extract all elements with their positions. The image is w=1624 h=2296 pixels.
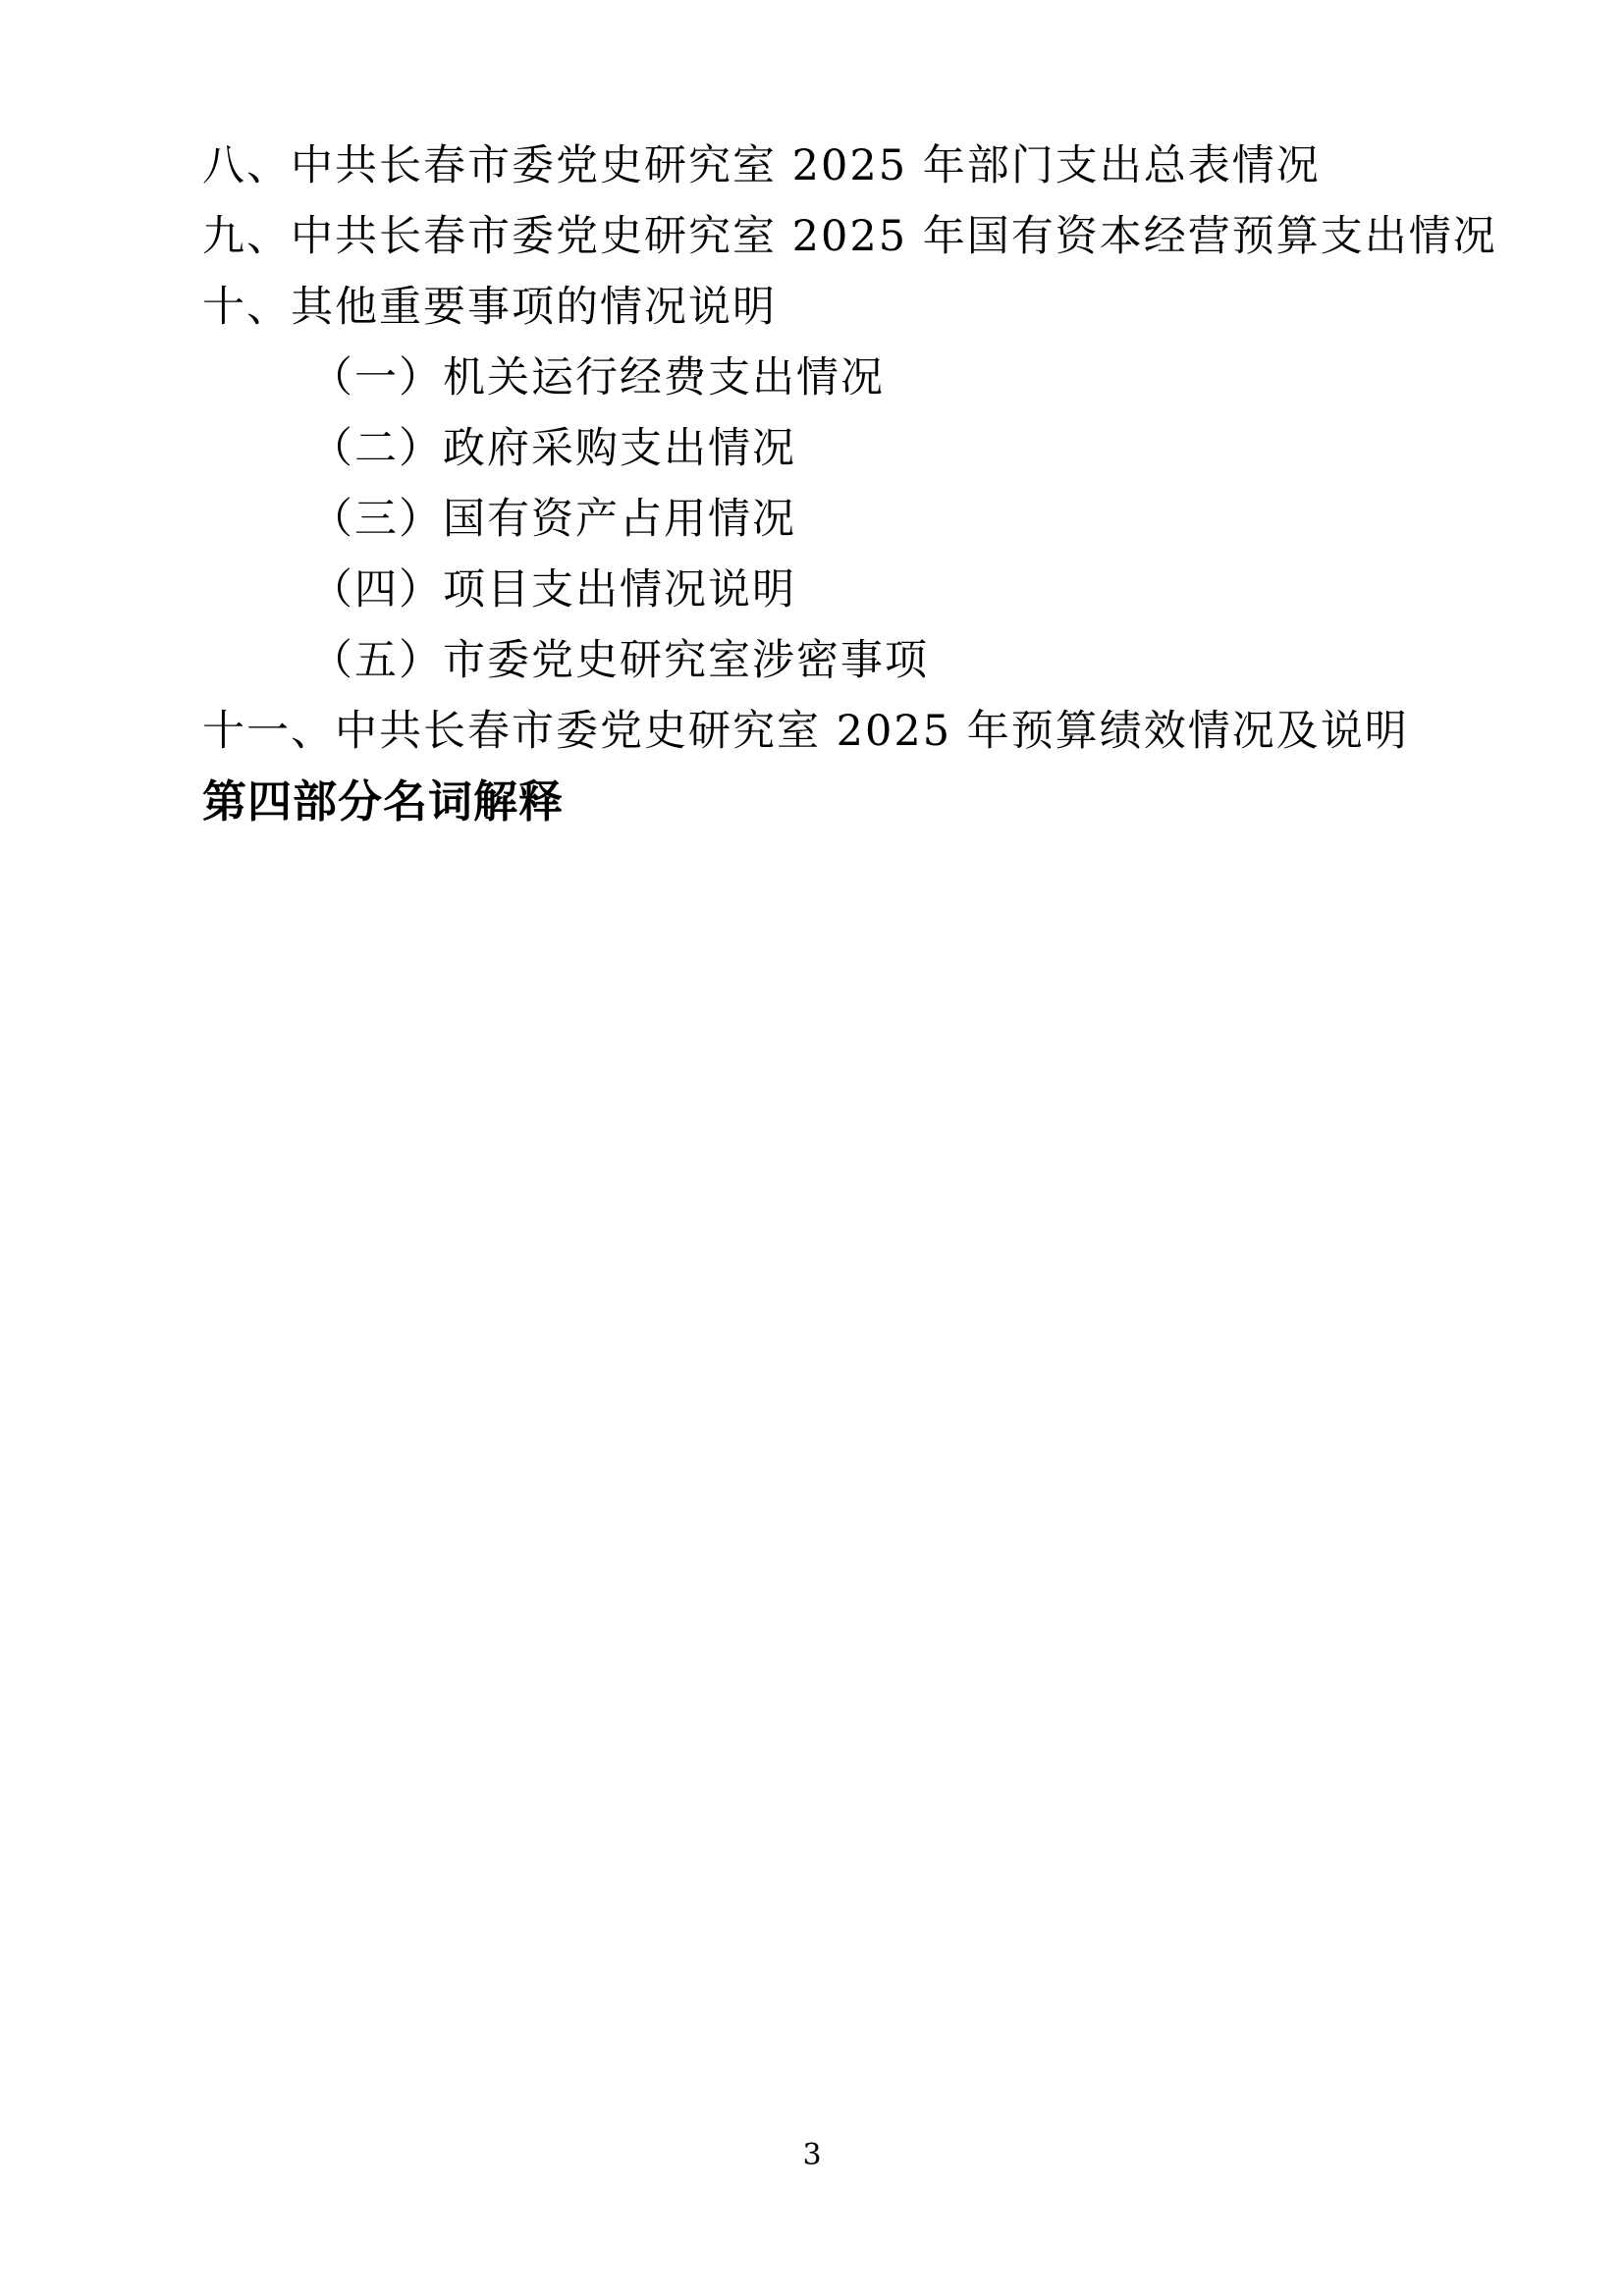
toc-item: （三）国有资产占用情况 — [202, 484, 1508, 555]
toc-item: 十一、中共长春市委党史研究室 2025 年预算绩效情况及说明 — [202, 696, 1508, 767]
document-page: 八、中共长春市委党史研究室 2025 年部门支出总表情况九、中共长春市委党史研究… — [0, 0, 1624, 2296]
toc-list: 八、中共长春市委党史研究室 2025 年部门支出总表情况九、中共长春市委党史研究… — [202, 131, 1508, 837]
toc-item: （一）机关运行经费支出情况 — [202, 343, 1508, 413]
page-number: 3 — [0, 2138, 1624, 2173]
toc-item: （五）市委党史研究室涉密事项 — [202, 625, 1508, 696]
toc-item: 九、中共长春市委党史研究室 2025 年国有资本经营预算支出情况 — [202, 201, 1508, 272]
toc-item: （二）政府采购支出情况 — [202, 413, 1508, 484]
toc-item: （四）项目支出情况说明 — [202, 555, 1508, 625]
toc-item: 八、中共长春市委党史研究室 2025 年部门支出总表情况 — [202, 131, 1508, 201]
section-heading: 第四部分名词解释 — [202, 767, 1508, 837]
toc-item: 十、其他重要事项的情况说明 — [202, 272, 1508, 343]
